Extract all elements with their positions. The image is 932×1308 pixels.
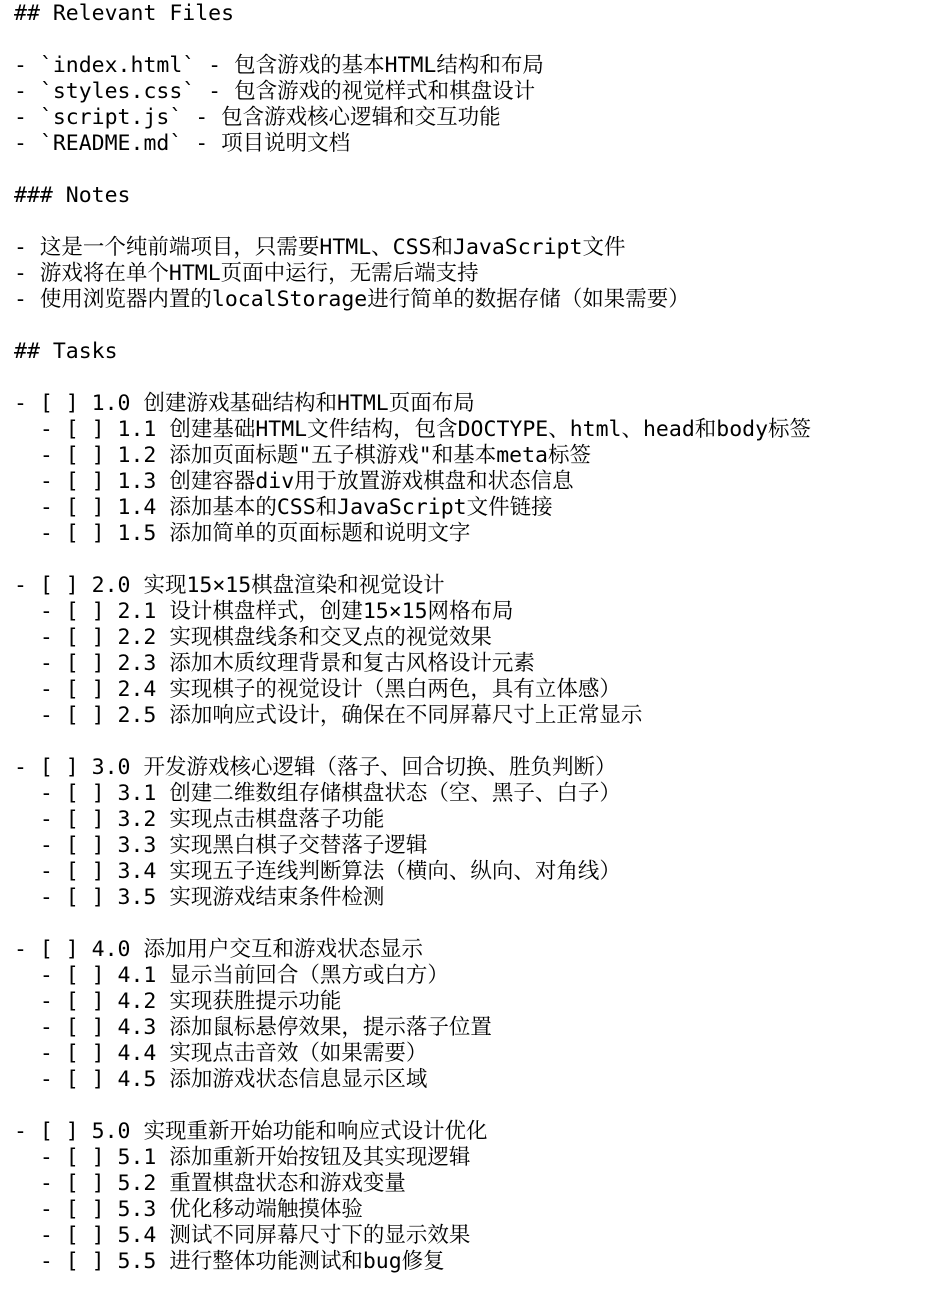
subtask-row: - [ ] 2.2 实现棋盘线条和交叉点的视觉效果 [14, 625, 924, 651]
task-number: 4.4 [118, 1041, 157, 1067]
file-list-item: - `styles.css` - 包含游戏的视觉样式和棋盘设计 [14, 79, 924, 105]
subtask-row: - [ ] 4.4 实现点击音效（如果需要） [14, 1041, 924, 1067]
task-checkbox-marker: - [ ] [40, 1171, 105, 1197]
task-checkbox-marker: - [ ] [40, 963, 105, 989]
subtask-row: - [ ] 3.5 实现游戏结束条件检测 [14, 885, 924, 911]
task-group: - [ ] 4.0 添加用户交互和游戏状态显示 - [ ] 4.1 显示当前回合… [14, 937, 924, 1093]
task-number: 2.3 [118, 651, 157, 677]
file-name: `script.js` [40, 105, 182, 131]
task-checkbox-marker: - [ ] [40, 1145, 105, 1171]
task-number: 1.3 [118, 469, 157, 495]
markdown-document: ## Relevant Files - `index.html` - 包含游戏的… [14, 1, 924, 1275]
separator-dash: - [195, 105, 208, 131]
task-checkbox-marker: - [ ] [40, 1015, 105, 1041]
task-checkbox-marker: - [ ] [40, 885, 105, 911]
task-checkbox-marker: - [ ] [14, 937, 79, 963]
file-list-item: - `README.md` - 项目说明文档 [14, 131, 924, 157]
task-group: - [ ] 1.0 创建游戏基础结构和HTML页面布局 - [ ] 1.1 创建… [14, 391, 924, 547]
task-title: 添加鼠标悬停效果，提示落子位置 [169, 1015, 492, 1041]
task-number: 5.3 [118, 1197, 157, 1223]
task-row: - [ ] 4.0 添加用户交互和游戏状态显示 [14, 937, 924, 963]
section-heading-relevant-files: ## Relevant Files [14, 1, 924, 27]
task-number: 2.2 [118, 625, 157, 651]
task-checkbox-marker: - [ ] [40, 469, 105, 495]
note-text: 这是一个纯前端项目，只需要HTML、CSS和JavaScript文件 [40, 235, 626, 261]
task-number: 3.1 [118, 781, 157, 807]
task-checkbox-marker: - [ ] [40, 417, 105, 443]
heading-text: ## Tasks [14, 339, 118, 365]
file-name: `styles.css` [40, 79, 195, 105]
subtask-row: - [ ] 1.3 创建容器div用于放置游戏棋盘和状态信息 [14, 469, 924, 495]
task-title: 创建容器div用于放置游戏棋盘和状态信息 [169, 469, 573, 495]
file-list-item: - `script.js` - 包含游戏核心逻辑和交互功能 [14, 105, 924, 131]
list-bullet: - [14, 261, 27, 287]
file-name: `README.md` [40, 131, 182, 157]
task-number: 5.2 [118, 1171, 157, 1197]
task-title: 实现15×15棋盘渲染和视觉设计 [143, 573, 444, 599]
task-checkbox-marker: - [ ] [40, 1249, 105, 1275]
subtask-row: - [ ] 4.1 显示当前回合（黑方或白方） [14, 963, 924, 989]
subtask-row: - [ ] 3.4 实现五子连线判断算法（横向、纵向、对角线） [14, 859, 924, 885]
subtask-row: - [ ] 1.2 添加页面标题"五子棋游戏"和基本meta标签 [14, 443, 924, 469]
file-list-item: - `index.html` - 包含游戏的基本HTML结构和布局 [14, 53, 924, 79]
task-checkbox-marker: - [ ] [14, 1119, 79, 1145]
task-number: 3.2 [118, 807, 157, 833]
task-title: 开发游戏核心逻辑（落子、回合切换、胜负判断） [143, 755, 616, 781]
task-title: 显示当前回合（黑方或白方） [169, 963, 449, 989]
section-heading-notes: ### Notes [14, 183, 924, 209]
task-number: 2.4 [118, 677, 157, 703]
task-title: 添加基本的CSS和JavaScript文件链接 [169, 495, 552, 521]
task-title: 设计棋盘样式，创建15×15网格布局 [169, 599, 513, 625]
task-title: 创建游戏基础结构和HTML页面布局 [143, 391, 474, 417]
task-number: 5.5 [118, 1249, 157, 1275]
task-row: - [ ] 5.0 实现重新开始功能和响应式设计优化 [14, 1119, 924, 1145]
task-number: 4.5 [118, 1067, 157, 1093]
note-text: 游戏将在单个HTML页面中运行，无需后端支持 [40, 261, 479, 287]
task-number: 3.3 [118, 833, 157, 859]
separator-dash: - [195, 131, 208, 157]
task-checkbox-marker: - [ ] [40, 703, 105, 729]
subtask-row: - [ ] 5.5 进行整体功能测试和bug修复 [14, 1249, 924, 1275]
task-checkbox-marker: - [ ] [40, 1041, 105, 1067]
file-description: 包含游戏核心逻辑和交互功能 [221, 105, 501, 131]
task-number: 1.0 [92, 391, 131, 417]
note-text: 使用浏览器内置的localStorage进行简单的数据存储（如果需要） [40, 287, 690, 313]
section-heading-tasks: ## Tasks [14, 339, 924, 365]
task-number: 3.0 [92, 755, 131, 781]
task-checkbox-marker: - [ ] [14, 573, 79, 599]
file-name: `index.html` [40, 53, 195, 79]
task-number: 5.1 [118, 1145, 157, 1171]
task-checkbox-marker: - [ ] [40, 625, 105, 651]
heading-text: ## Relevant Files [14, 1, 234, 27]
task-title: 实现黑白棋子交替落子逻辑 [169, 833, 427, 859]
task-title: 添加响应式设计，确保在不同屏幕尺寸上正常显示 [169, 703, 642, 729]
subtask-row: - [ ] 2.5 添加响应式设计，确保在不同屏幕尺寸上正常显示 [14, 703, 924, 729]
task-title: 进行整体功能测试和bug修复 [169, 1249, 444, 1275]
task-number: 2.1 [118, 599, 157, 625]
task-checkbox-marker: - [ ] [40, 495, 105, 521]
task-number: 3.5 [118, 885, 157, 911]
task-checkbox-marker: - [ ] [40, 807, 105, 833]
subtask-row: - [ ] 3.1 创建二维数组存储棋盘状态（空、黑子、白子） [14, 781, 924, 807]
task-row: - [ ] 3.0 开发游戏核心逻辑（落子、回合切换、胜负判断） [14, 755, 924, 781]
subtask-row: - [ ] 3.2 实现点击棋盘落子功能 [14, 807, 924, 833]
task-title: 创建二维数组存储棋盘状态（空、黑子、白子） [169, 781, 621, 807]
task-group: - [ ] 3.0 开发游戏核心逻辑（落子、回合切换、胜负判断） - [ ] 3… [14, 755, 924, 911]
task-title: 优化移动端触摸体验 [169, 1197, 363, 1223]
task-number: 4.2 [118, 989, 157, 1015]
subtask-row: - [ ] 2.3 添加木质纹理背景和复古风格设计元素 [14, 651, 924, 677]
list-bullet: - [14, 235, 27, 261]
task-checkbox-marker: - [ ] [40, 989, 105, 1015]
task-checkbox-marker: - [ ] [40, 781, 105, 807]
task-number: 1.1 [118, 417, 157, 443]
note-list-item: - 这是一个纯前端项目，只需要HTML、CSS和JavaScript文件 [14, 235, 924, 261]
task-row: - [ ] 2.0 实现15×15棋盘渲染和视觉设计 [14, 573, 924, 599]
list-bullet: - [14, 79, 27, 105]
task-checkbox-marker: - [ ] [14, 391, 79, 417]
subtask-row: - [ ] 5.4 测试不同屏幕尺寸下的显示效果 [14, 1223, 924, 1249]
section-relevant-files: ## Relevant Files - `index.html` - 包含游戏的… [14, 1, 924, 157]
subtask-row: - [ ] 2.4 实现棋子的视觉设计（黑白两色，具有立体感） [14, 677, 924, 703]
list-bullet: - [14, 53, 27, 79]
task-checkbox-marker: - [ ] [14, 755, 79, 781]
note-list-item: - 使用浏览器内置的localStorage进行简单的数据存储（如果需要） [14, 287, 924, 313]
task-title: 实现五子连线判断算法（横向、纵向、对角线） [169, 859, 621, 885]
task-title: 实现点击音效（如果需要） [169, 1041, 427, 1067]
task-row: - [ ] 1.0 创建游戏基础结构和HTML页面布局 [14, 391, 924, 417]
task-number: 5.4 [118, 1223, 157, 1249]
section-tasks: ## Tasks - [ ] 1.0 创建游戏基础结构和HTML页面布局 - [… [14, 339, 924, 1275]
task-title: 添加简单的页面标题和说明文字 [169, 521, 470, 547]
file-description: 包含游戏的基本HTML结构和布局 [234, 53, 544, 79]
task-title: 实现获胜提示功能 [169, 989, 341, 1015]
subtask-row: - [ ] 1.1 创建基础HTML文件结构，包含DOCTYPE、html、he… [14, 417, 924, 443]
task-checkbox-marker: - [ ] [40, 677, 105, 703]
task-checkbox-marker: - [ ] [40, 651, 105, 677]
file-description: 包含游戏的视觉样式和棋盘设计 [234, 79, 535, 105]
task-title: 添加游戏状态信息显示区域 [169, 1067, 427, 1093]
separator-dash: - [208, 79, 221, 105]
task-number: 1.4 [118, 495, 157, 521]
task-title: 添加用户交互和游戏状态显示 [143, 937, 423, 963]
list-bullet: - [14, 131, 27, 157]
task-number: 1.2 [118, 443, 157, 469]
task-checkbox-marker: - [ ] [40, 443, 105, 469]
task-checkbox-marker: - [ ] [40, 859, 105, 885]
task-title: 添加页面标题"五子棋游戏"和基本meta标签 [169, 443, 591, 469]
task-title: 实现棋盘线条和交叉点的视觉效果 [169, 625, 492, 651]
task-group: - [ ] 2.0 实现15×15棋盘渲染和视觉设计 - [ ] 2.1 设计棋… [14, 573, 924, 729]
task-title: 添加重新开始按钮及其实现逻辑 [169, 1145, 470, 1171]
task-number: 5.0 [92, 1119, 131, 1145]
subtask-row: - [ ] 5.3 优化移动端触摸体验 [14, 1197, 924, 1223]
subtask-row: - [ ] 4.5 添加游戏状态信息显示区域 [14, 1067, 924, 1093]
task-title: 添加木质纹理背景和复古风格设计元素 [169, 651, 535, 677]
subtask-row: - [ ] 4.3 添加鼠标悬停效果，提示落子位置 [14, 1015, 924, 1041]
task-title: 实现棋子的视觉设计（黑白两色，具有立体感） [169, 677, 621, 703]
separator-dash: - [208, 53, 221, 79]
task-number: 2.0 [92, 573, 131, 599]
subtask-row: - [ ] 4.2 实现获胜提示功能 [14, 989, 924, 1015]
task-checkbox-marker: - [ ] [40, 1223, 105, 1249]
heading-text: ### Notes [14, 183, 131, 209]
note-list-item: - 游戏将在单个HTML页面中运行，无需后端支持 [14, 261, 924, 287]
task-number: 2.5 [118, 703, 157, 729]
subtask-row: - [ ] 5.2 重置棋盘状态和游戏变量 [14, 1171, 924, 1197]
task-title: 实现重新开始功能和响应式设计优化 [143, 1119, 487, 1145]
task-title: 实现点击棋盘落子功能 [169, 807, 384, 833]
task-number: 4.0 [92, 937, 131, 963]
task-number: 1.5 [118, 521, 157, 547]
subtask-row: - [ ] 1.4 添加基本的CSS和JavaScript文件链接 [14, 495, 924, 521]
task-number: 4.3 [118, 1015, 157, 1041]
task-title: 创建基础HTML文件结构，包含DOCTYPE、html、head和body标签 [169, 417, 811, 443]
section-notes: ### Notes - 这是一个纯前端项目，只需要HTML、CSS和JavaSc… [14, 183, 924, 313]
task-number: 4.1 [118, 963, 157, 989]
task-title: 重置棋盘状态和游戏变量 [169, 1171, 406, 1197]
task-checkbox-marker: - [ ] [40, 1197, 105, 1223]
task-checkbox-marker: - [ ] [40, 833, 105, 859]
task-number: 3.4 [118, 859, 157, 885]
task-checkbox-marker: - [ ] [40, 521, 105, 547]
subtask-row: - [ ] 1.5 添加简单的页面标题和说明文字 [14, 521, 924, 547]
task-group: - [ ] 5.0 实现重新开始功能和响应式设计优化 - [ ] 5.1 添加重… [14, 1119, 924, 1275]
file-description: 项目说明文档 [221, 131, 350, 157]
task-title: 实现游戏结束条件检测 [169, 885, 384, 911]
list-bullet: - [14, 105, 27, 131]
task-title: 测试不同屏幕尺寸下的显示效果 [169, 1223, 470, 1249]
list-bullet: - [14, 287, 27, 313]
subtask-row: - [ ] 3.3 实现黑白棋子交替落子逻辑 [14, 833, 924, 859]
task-checkbox-marker: - [ ] [40, 599, 105, 625]
subtask-row: - [ ] 2.1 设计棋盘样式，创建15×15网格布局 [14, 599, 924, 625]
subtask-row: - [ ] 5.1 添加重新开始按钮及其实现逻辑 [14, 1145, 924, 1171]
task-checkbox-marker: - [ ] [40, 1067, 105, 1093]
